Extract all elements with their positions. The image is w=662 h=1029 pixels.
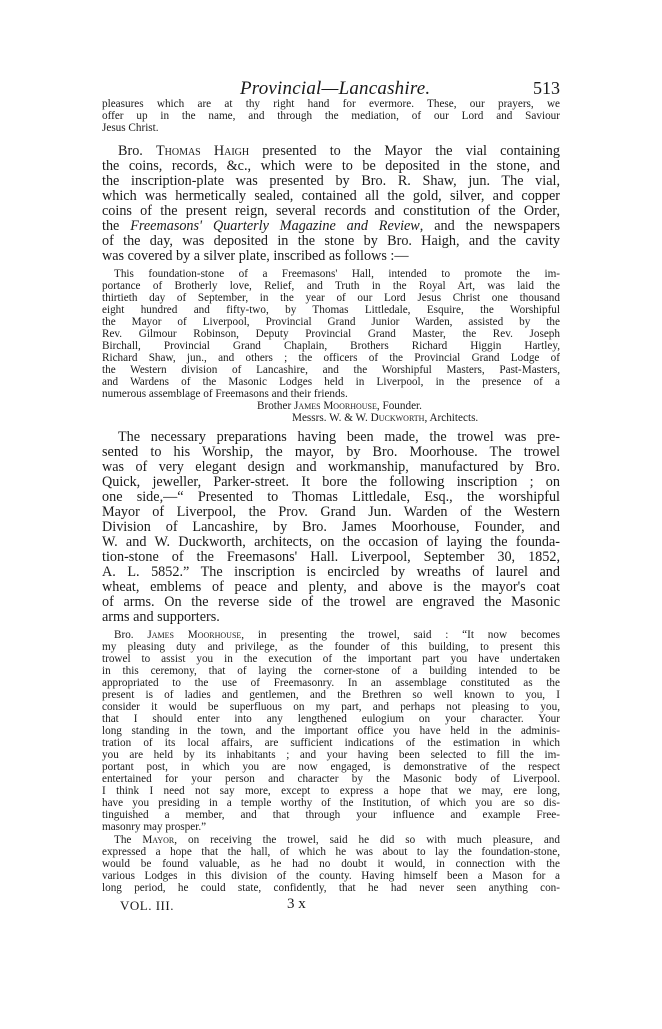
text-line: coins of the present reign, several reco… (102, 204, 560, 219)
text-line: long standing in the town, and the impor… (102, 725, 560, 737)
text-line: The necessary preparations having been m… (102, 430, 560, 445)
text-line: the Western division of Lancashire, and … (102, 364, 560, 376)
text-line: Bro. James Moorhouse, in presenting the … (102, 629, 560, 641)
page-header: Provincial—Lancashire. 513 (102, 78, 560, 100)
text-line: one side,—“ Presented to Thomas Littleda… (102, 490, 560, 505)
text-line: thirtieth day of September, in the year … (102, 292, 560, 304)
text-line: A. L. 5852.” The inscription is encircle… (102, 565, 560, 580)
signature-mark: 3 x (287, 896, 306, 913)
text-line: offer up in the name, and through the me… (102, 110, 560, 122)
architects-signature: Messrs. W. & W. Duckworth, Architects. (292, 412, 478, 424)
text-line: I think I need not say more, except to e… (102, 785, 560, 797)
text-line: pleasures which are at thy right hand fo… (102, 98, 560, 110)
text-line: of arms. On the reverse side of the trow… (102, 595, 560, 610)
text-line: which was hermetically sealed, contained… (102, 189, 560, 204)
running-title: Provincial—Lancashire. (240, 78, 430, 100)
text-line: Birchall, Provincial Grand Chaplain, Bro… (102, 340, 560, 352)
person-name: Mayor (142, 834, 174, 846)
text-line: portant post, in which you are now engag… (102, 761, 560, 773)
text-line: long period, he could state, confidently… (102, 882, 560, 894)
text-line: in this ceremony, that of laying the cor… (102, 665, 560, 677)
text-line: Mayor of Liverpool, the Prov. Grand Jun.… (102, 505, 560, 520)
text-line: would be found valuable, as he had no do… (102, 858, 560, 870)
text-line: various Lodges in this division of the c… (102, 870, 560, 882)
text-line: wheat, emblems of peace and plenty, and … (102, 580, 560, 595)
text-line: Richard Shaw, jun., and others ; the off… (102, 352, 560, 364)
text-line: arms and supporters. (102, 610, 560, 625)
text-line: that I should enter into any lengthened … (102, 713, 560, 725)
text-line: my pleasing duty and privilege, as the f… (102, 641, 560, 653)
page-number: 513 (533, 78, 560, 99)
text-line: the coins, records, &c., which were to b… (102, 159, 560, 174)
person-name: Thomas Haigh (156, 143, 249, 159)
text-line: you are held by its inhabitants ; and yo… (102, 749, 560, 761)
text-line: was covered by a silver plate, inscribed… (102, 249, 560, 264)
text-line: W. and W. Duckworth, architects, on the … (102, 535, 560, 550)
text-line: the inscription-plate was presented by B… (102, 174, 560, 189)
text-line: present is of ladies and gentlemen, and … (102, 689, 560, 701)
text-line: sented to his Worship, the mayor, by Bro… (102, 445, 560, 460)
text-line: tion-stone of the Freemasons' Hall. Live… (102, 550, 560, 565)
text-line: appropriated to the use of Freemasonry. … (102, 677, 560, 689)
text-line: was of very elegant design and workmansh… (102, 460, 560, 475)
text-line: The Mayor, on receiving the trowel, said… (102, 834, 560, 846)
text-line: Quick, jeweller, Parker-street. It bore … (102, 475, 560, 490)
text-line: Division of Lancashire, by Bro. James Mo… (102, 520, 560, 535)
text-line: trowel to assist you in the execution of… (102, 653, 560, 665)
text-line: consider it would be superfluous on my p… (102, 701, 560, 713)
text-line: This foundation-stone of a Freemasons' H… (102, 268, 560, 280)
text-line: entertained for your person and characte… (102, 773, 560, 785)
person-name: James Moorhouse (147, 629, 241, 641)
text-line: of the day, was deposited in the stone b… (102, 234, 560, 249)
text-line: the Mayor of Liverpool, Provincial Grand… (102, 316, 560, 328)
text-line: expressed a hope that the hall, of which… (102, 846, 560, 858)
text-line: Jesus Christ. (102, 122, 560, 134)
text-line: and Wardens of the Masonic Lodges held i… (102, 376, 560, 388)
publication-title: Freemasons' Quarterly Magazine and Revie… (130, 218, 420, 234)
text-line: Rev. Gilmour Robinson, Deputy Provincial… (102, 328, 560, 340)
page-footer: VOL. III. 3 x (102, 898, 560, 916)
text-line: portance of Brotherly love, Relief, and … (102, 280, 560, 292)
text-line: the Freemasons' Quarterly Magazine and R… (102, 219, 560, 234)
text-line: Bro. Thomas Haigh presented to the Mayor… (102, 144, 560, 159)
text-line: numerous assemblage of Freemasons and th… (102, 388, 560, 400)
text-line: have you presiding in a temple worthy of… (102, 797, 560, 809)
volume-label: VOL. III. (120, 898, 174, 914)
text-line: eight hundred and fifty-two, by Thomas L… (102, 304, 560, 316)
text-line: tration of its local affairs, are suffic… (102, 737, 560, 749)
founder-signature: Brother James Moorhouse, Founder. (257, 400, 422, 412)
text-line: masonry may prosper.” (102, 821, 560, 833)
text-line: tinguished a member, and that through yo… (102, 809, 560, 821)
